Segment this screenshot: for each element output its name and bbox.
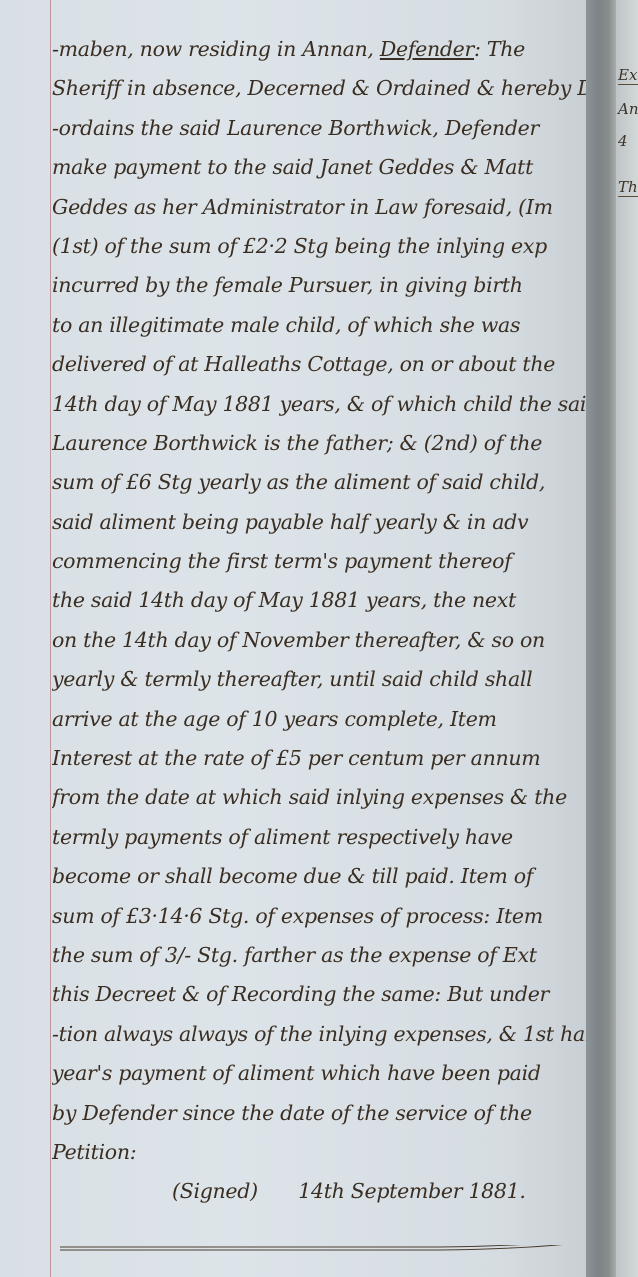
text-line-27: year's payment of aliment which have bee… <box>52 1054 586 1093</box>
decree-text: -maben, now residing in Annan, Defender:… <box>52 30 586 1212</box>
text-line-13: said aliment being payable half yearly &… <box>52 503 586 542</box>
defender-label: Defender <box>380 37 474 61</box>
text-line-3: -ordains the said Laurence Borthwick, De… <box>52 109 586 148</box>
text-line-14: commencing the first term's payment ther… <box>52 542 586 581</box>
signed-label: (Signed) <box>172 1179 258 1203</box>
text-line-25: this Decreet & of Recording the same: Bu… <box>52 975 586 1014</box>
text-line-15: the said 14th day of May 1881 years, the… <box>52 581 586 620</box>
text-line-22: become or shall become due & till paid. … <box>52 857 586 896</box>
facing-note-ext: Ext: <box>618 66 638 85</box>
facing-note-ann: Ann <box>618 100 638 118</box>
text-line-16: on the 14th day of November thereafter, … <box>52 621 586 660</box>
text-line-7: incurred by the female Pursuer, in givin… <box>52 266 586 305</box>
facing-page-edge: Ext: Ann 4 Thoma <box>616 0 638 1277</box>
text-line-19: Interest at the rate of £5 per centum pe… <box>52 739 586 778</box>
line-text: : The <box>474 37 525 61</box>
text-line-26: -tion always always of the inlying expen… <box>52 1015 586 1054</box>
text-line-17: yearly & termly thereafter, until said c… <box>52 660 586 699</box>
signature-date: 14th September 1881. <box>298 1179 525 1203</box>
closing-double-rule <box>60 1245 586 1251</box>
text-line-18: arrive at the age of 10 years complete, … <box>52 700 586 739</box>
text-line-21: termly payments of aliment respectively … <box>52 818 586 857</box>
text-line-8: to an illegitimate male child, of which … <box>52 306 586 345</box>
line-text: -maben, now residing in Annan, <box>52 37 380 61</box>
facing-note-number: 4 <box>618 132 628 150</box>
text-line-4: make payment to the said Janet Geddes & … <box>52 148 586 187</box>
text-line-23: sum of £3·14·6 Stg. of expenses of proce… <box>52 897 586 936</box>
text-line-10: 14th day of May 1881 years, & of which c… <box>52 385 586 424</box>
facing-note-thoma: Thoma <box>618 178 638 197</box>
text-line-11: Laurence Borthwick is the father; & (2nd… <box>52 424 586 463</box>
book-gutter <box>586 0 616 1277</box>
text-line-2: Sheriff in absence, Decerned & Ordained … <box>52 69 586 108</box>
text-line-24: the sum of 3/- Stg. farther as the expen… <box>52 936 586 975</box>
register-page: -maben, now residing in Annan, Defender:… <box>0 0 586 1277</box>
text-line-12: sum of £6 Stg yearly as the aliment of s… <box>52 463 586 502</box>
text-line-5: Geddes as her Administrator in Law fores… <box>52 188 586 227</box>
text-line-6: (1st) of the sum of £2·2 Stg being the i… <box>52 227 586 266</box>
signature-line: (Signed) 14th September 1881. <box>52 1172 586 1211</box>
text-line-1: -maben, now residing in Annan, Defender:… <box>52 30 586 69</box>
text-line-28: by Defender since the date of the servic… <box>52 1094 586 1133</box>
text-line-29: Petition: <box>52 1133 586 1172</box>
margin-rule <box>50 0 51 1277</box>
text-line-9: delivered of at Halleaths Cottage, on or… <box>52 345 586 384</box>
text-line-20: from the date at which said inlying expe… <box>52 778 586 817</box>
